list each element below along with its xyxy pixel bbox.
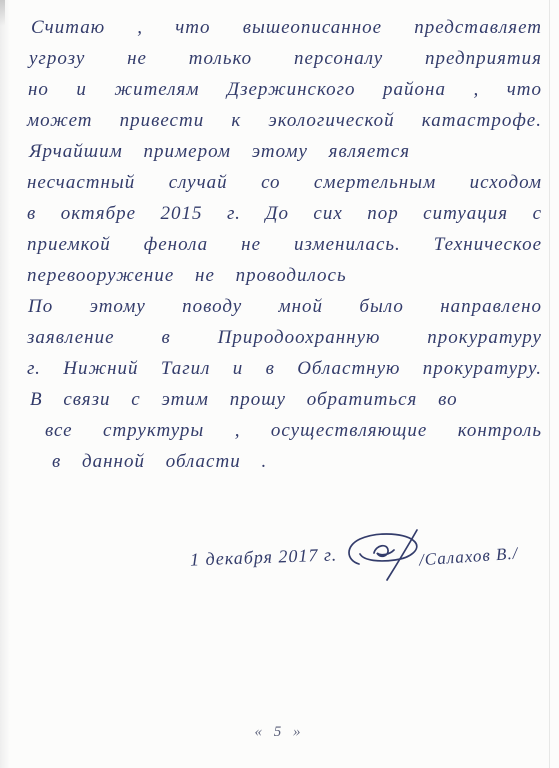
text-line: перевооружение не проводилось — [27, 261, 542, 292]
text-line: в данной области . — [27, 447, 542, 478]
page-number: « 5 » — [0, 724, 559, 741]
text-line: г. Нижний Тагил и в Областную прокуратур… — [27, 354, 542, 385]
scan-fold-line — [549, 0, 550, 768]
text-line: По этому поводу мной было направлено — [27, 292, 542, 323]
scanned-letter-page: { "colors": { "ink": "#333c6b", "paper":… — [0, 0, 559, 768]
signature-name: /Салахов В./ — [419, 544, 520, 571]
text-line: заявление в Природоохранную прокуратуру — [27, 323, 542, 354]
letter-body: Считаю , что вышеописанное представляету… — [27, 13, 542, 478]
text-line: В связи с этим прошу обратиться во — [27, 385, 542, 416]
text-line: все структуры , осуществляющие контроль — [27, 416, 542, 447]
text-line: приемкой фенола не изменилась. Техническ… — [27, 230, 542, 261]
text-line: несчастный случай со смертельным исходом — [27, 168, 542, 199]
text-line: Считаю , что вышеописанное представляет — [27, 13, 542, 44]
scan-corner-mark — [0, 0, 5, 26]
signature-date: 1 декабря 2017 г. — [190, 544, 338, 570]
text-line: но и жителям Дзержинского района , что — [27, 75, 542, 106]
text-line: в октябре 2015 г. До сих пор ситуация с — [27, 199, 542, 230]
signature-autograph-icon — [343, 526, 427, 582]
scan-edge-artifact — [0, 0, 10, 768]
signature-line: 1 декабря 2017 г. /Салахов В./ — [190, 532, 519, 582]
text-line: угрозу не только персоналу предприятия — [27, 44, 542, 75]
text-line: Ярчайшим примером этому является — [27, 137, 542, 168]
text-line: может привести к экологической катастроф… — [27, 106, 542, 137]
